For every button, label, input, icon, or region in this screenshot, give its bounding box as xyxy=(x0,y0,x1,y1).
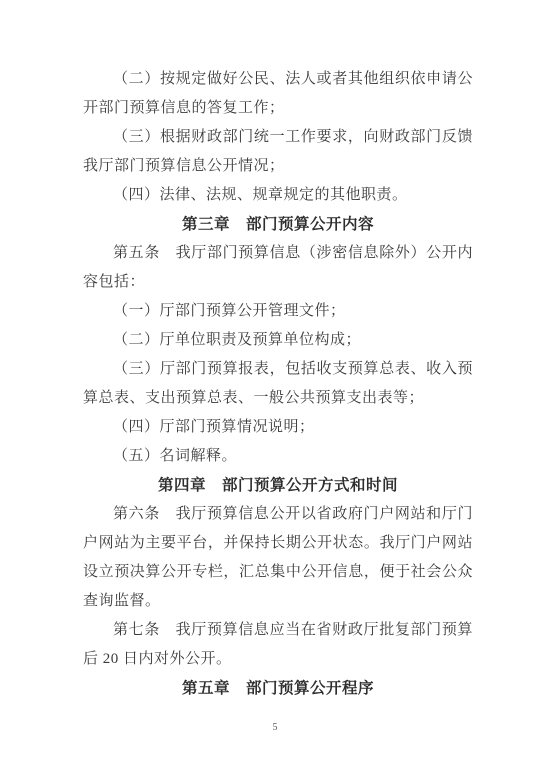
paragraph: 第六条 我厅预算信息公开以省政府门户网站和厅门户网站为主要平台，并保持长期公开状… xyxy=(83,500,473,616)
document-body: （二）按规定做好公民、法人或者其他组织依申请公开部门预算信息的答复工作；（三）根… xyxy=(83,65,473,703)
paragraph: （三）厅部门预算报表，包括收支预算总表、收入预算总表、支出预算总表、一般公共预算… xyxy=(83,355,473,413)
paragraph: （二）按规定做好公民、法人或者其他组织依申请公开部门预算信息的答复工作； xyxy=(83,65,473,123)
paragraph: 第五条 我厅部门预算信息（涉密信息除外）公开内容包括： xyxy=(83,239,473,297)
section-heading: 第三章 部门预算公开内容 xyxy=(83,210,473,239)
paragraph: （五）名词解释。 xyxy=(83,442,473,471)
section-heading: 第五章 部门预算公开程序 xyxy=(83,674,473,703)
document-page: （二）按规定做好公民、法人或者其他组织依申请公开部门预算信息的答复工作；（三）根… xyxy=(0,0,550,777)
paragraph: 第七条 我厅预算信息应当在省财政厅批复部门预算后 20 日内对外公开。 xyxy=(83,616,473,674)
section-heading: 第四章 部门预算公开方式和时间 xyxy=(83,471,473,500)
paragraph: （四）厅部门预算情况说明； xyxy=(83,413,473,442)
paragraph: （二）厅单位职责及预算单位构成； xyxy=(83,326,473,355)
paragraph: （一）厅部门预算公开管理文件； xyxy=(83,297,473,326)
page-number: 5 xyxy=(0,719,550,737)
paragraph: （四）法律、法规、规章规定的其他职责。 xyxy=(83,181,473,210)
paragraph: （三）根据财政部门统一工作要求，向财政部门反馈我厅部门预算信息公开情况； xyxy=(83,123,473,181)
